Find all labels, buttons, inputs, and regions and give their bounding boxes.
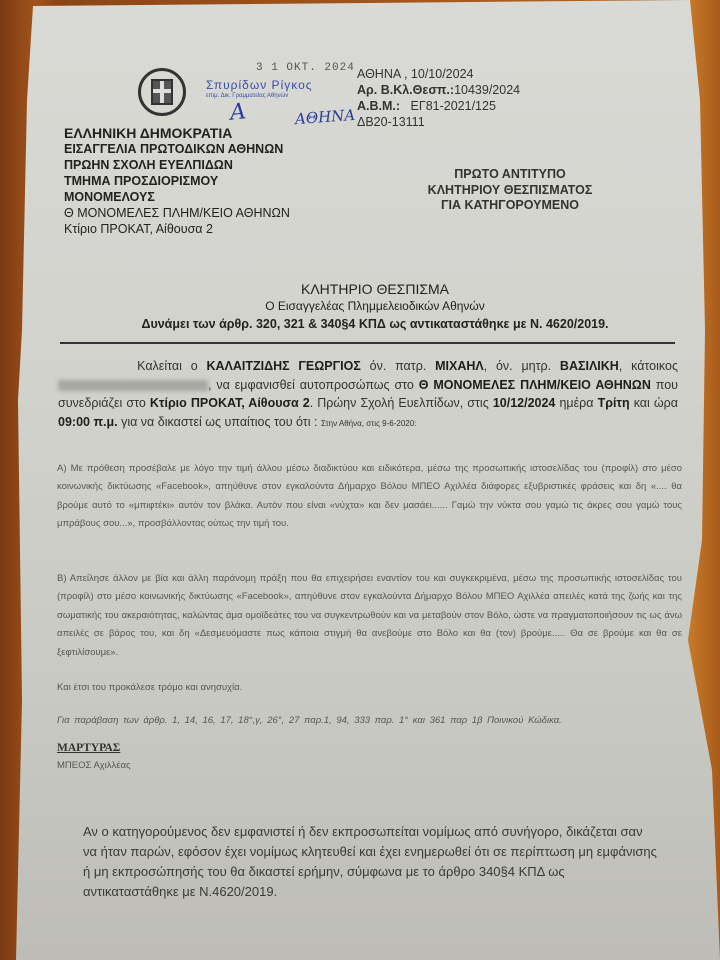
charge-consequence: Και έτσι του προκάλεσε τρόμο και ανησυχί… xyxy=(57,682,242,693)
authority-line: ΕΙΣΑΓΓΕΛΙΑ ΠΡΩΤΟΔΙΚΩΝ ΑΘΗΝΩΝ xyxy=(64,141,290,157)
stamp-date: 3 1 ΟΚΤ. 2024 xyxy=(256,62,355,74)
charge-a: Α) Με πρόθεση προσέβαλε με λόγο την τιμή… xyxy=(57,460,682,534)
signature: Α xyxy=(229,99,247,126)
stamp-name: Σπυρίδων Ρίγκος xyxy=(206,78,313,92)
copy-label: ΠΡΩΤΟ ΑΝΤΙΤΥΠΟ ΚΛΗΤΗΡΙΟΥ ΘΕΣΠΙΣΜΑΤΟΣ ΓΙΑ… xyxy=(400,167,620,214)
text: . Πρώην Σχολή Ευελπίδων, στις xyxy=(310,396,493,410)
book-label: Αρ. Β.Κλ.Θεσπ.: xyxy=(357,83,454,97)
title-legal-basis: Δυνάμει των άρθρ. 320, 321 & 340§4 ΚΠΔ ω… xyxy=(90,315,660,333)
venue: Κτίριο ΠΡΟΚΑΤ, Αίθουσα 2 xyxy=(150,396,310,410)
text: ημέρα xyxy=(555,396,597,410)
hearing-day: Τρίτη xyxy=(598,396,630,410)
authority-line: Κτίριο ΠΡΟΚΑΤ, Αίθουσα 2 xyxy=(64,221,290,237)
abm-label: Α.Β.Μ.: xyxy=(357,99,400,113)
text: , κάτοικος xyxy=(619,359,678,373)
title-subtitle: Ο Εισαγγελέας Πλημμελειοδικών Αθηνών xyxy=(90,298,660,315)
text: και ώρα xyxy=(630,396,678,410)
witness-name: ΜΠΕΟΣ Αχιλλέας xyxy=(57,760,131,771)
hearing-date: 10/12/2024 xyxy=(493,396,556,410)
offence-place-date: Στην Αθήνα, στις 9-6-2020: xyxy=(321,419,416,428)
reference-block: ΑΘΗΝΑ , 10/10/2024 Αρ. Β.Κλ.Θεσπ.:10439/… xyxy=(357,66,520,130)
father-name: ΜΙΧΑΗΛ xyxy=(435,359,484,373)
divider xyxy=(60,342,675,344)
witness-heading: ΜΑΡΤΥΡΑΣ xyxy=(57,742,120,754)
authority-line: ΠΡΩΗΝ ΣΧΟΛΗ ΕΥΕΛΠΙΔΩΝ xyxy=(64,157,290,173)
hearing-time: 09:00 π.μ. xyxy=(58,415,118,429)
title-main: ΚΛΗΤΗΡΙΟ ΘΕΣΠΙΣΜΑ xyxy=(90,280,660,298)
abm-number: ΕΓ81-2021/125 xyxy=(410,99,495,113)
copy-label-line: ΓΙΑ ΚΑΤΗΓΟΡΟΥΜΕΝΟ xyxy=(400,198,620,214)
summons-paragraph: Καλείται ο ΚΑΛΑΙΤΖΙΔΗΣ ΓΕΩΡΓΙΟΣ όν. πατρ… xyxy=(58,357,678,433)
summons-document: 3 1 ΟΚΤ. 2024 Σπυρίδων Ρίγκος επιμ. Δικ.… xyxy=(0,0,720,960)
text: Καλείται ο xyxy=(137,359,206,373)
authority-line: Θ ΜΟΝΟΜΕΛΕΣ ΠΛΗΜ/ΚΕΙΟ ΑΘΗΝΩΝ xyxy=(64,205,290,221)
accused-name: ΚΑΛΑΙΤΖΙΔΗΣ ΓΕΩΡΓΙΟΣ xyxy=(206,359,360,373)
authority-line: ΤΜΗΜΑ ΠΡΟΣΔΙΟΡΙΣΜΟΥ xyxy=(64,173,290,189)
book-number: 10439/2024 xyxy=(454,83,520,97)
violated-articles: Για παράβαση των άρθρ. 1, 14, 16, 17, 18… xyxy=(57,715,562,726)
document-title: ΚΛΗΤΗΡΙΟ ΘΕΣΠΙΣΜΑ Ο Εισαγγελέας Πλημμελε… xyxy=(90,280,660,333)
stamp-subtitle: επιμ. Δικ. Γραμματείας Αθηνών xyxy=(206,93,288,99)
absence-notice: Αν ο κατηγορούμενος δεν εμφανιστεί ή δεν… xyxy=(83,822,658,902)
text: , να εμφανισθεί αυτοπροσώπως στο xyxy=(208,378,419,392)
reference-code: ΔΒ20-13111 xyxy=(357,114,520,130)
coat-of-arms-icon xyxy=(138,68,186,116)
authority-line: ΜΟΝΟΜΕΛΟΥΣ xyxy=(64,189,290,205)
text: , όν. μητρ. xyxy=(484,359,560,373)
court-name: Θ ΜΟΝΟΜΕΛΕΣ ΠΛΗΜ/ΚΕΙΟ ΑΘΗΝΩΝ xyxy=(419,378,651,392)
charge-b: Β) Απείλησε άλλον με βία και άλλη παράνο… xyxy=(57,570,682,662)
mother-name: ΒΑΣΙΛΙΚΗ xyxy=(560,359,619,373)
text: όν. πατρ. xyxy=(361,359,435,373)
city-date: ΑΘΗΝΑ , 10/10/2024 xyxy=(357,66,520,82)
text: για να δικαστεί ως υπαίτιος του ότι : xyxy=(118,415,321,429)
authority-line: ΕΛΛΗΝΙΚΗ ΔΗΜΟΚΡΑΤΙΑ xyxy=(64,125,290,141)
redacted-address xyxy=(58,380,208,391)
signature-city: ΑΘΗΝΑ xyxy=(294,106,355,128)
copy-label-line: ΚΛΗΤΗΡΙΟΥ ΘΕΣΠΙΣΜΑΤΟΣ xyxy=(400,183,620,199)
issuing-authority: ΕΛΛΗΝΙΚΗ ΔΗΜΟΚΡΑΤΙΑ ΕΙΣΑΓΓΕΛΙΑ ΠΡΩΤΟΔΙΚΩ… xyxy=(64,125,290,237)
copy-label-line: ΠΡΩΤΟ ΑΝΤΙΤΥΠΟ xyxy=(400,167,620,183)
